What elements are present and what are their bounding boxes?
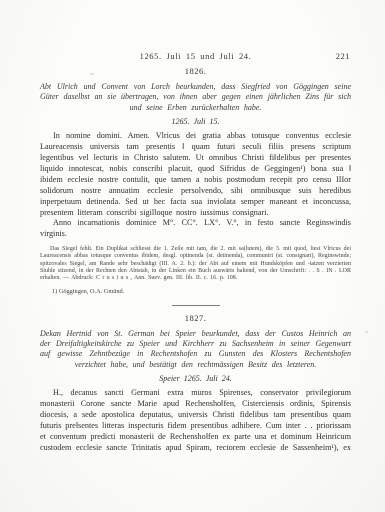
scan-speck (365, 331, 368, 333)
entry-1826-dateline: 1265. Juli 15. (40, 117, 351, 126)
scanned-book-page: 1265. Juli 15 und Juli 24. 221 1826. Abt… (0, 0, 385, 512)
charter-entry-1827: 1827. Dekan Hertnid von St. German bei S… (40, 313, 351, 454)
page-number: 221 (336, 51, 350, 61)
entry-separator-rule (172, 305, 220, 306)
running-head: 1265. Juli 15 und Juli 24. 221 (40, 51, 351, 61)
entry-1826-regest: Abt Ulrich und Convent von Lorch beurkun… (40, 82, 351, 113)
entry-1827-charter-text: H., decanus sancti Germani extra muros S… (40, 388, 351, 453)
entry-1826-charter-datation: Anno incarnationis dominice M°. CC°. LX°… (40, 218, 351, 240)
entry-number-1826: 1826. (40, 66, 351, 76)
entry-1826-apparatus-note: Das Siegel fehlt. Ein Duplikat schliesst… (40, 246, 351, 282)
running-head-dates: 1265. Juli 15 und Juli 24. (140, 51, 252, 61)
entry-1827-regest: Dekan Hertnid von St. German bei Speier … (40, 329, 351, 371)
text-block: 1265. Juli 15 und Juli 24. 221 1826. Abt… (40, 51, 351, 454)
charter-entry-1826: 1826. Abt Ulrich und Convent von Lorch b… (40, 66, 351, 296)
entry-1826-footnote: 1) Göggingen, O.A. Gmünd. (40, 288, 351, 295)
entry-1826-charter-text: In nomine domini. Amen. Vlricus dei grat… (40, 131, 351, 218)
entry-1827-dateline: Speier 1265. Juli 24. (40, 374, 351, 383)
entry-number-1827: 1827. (40, 313, 351, 323)
